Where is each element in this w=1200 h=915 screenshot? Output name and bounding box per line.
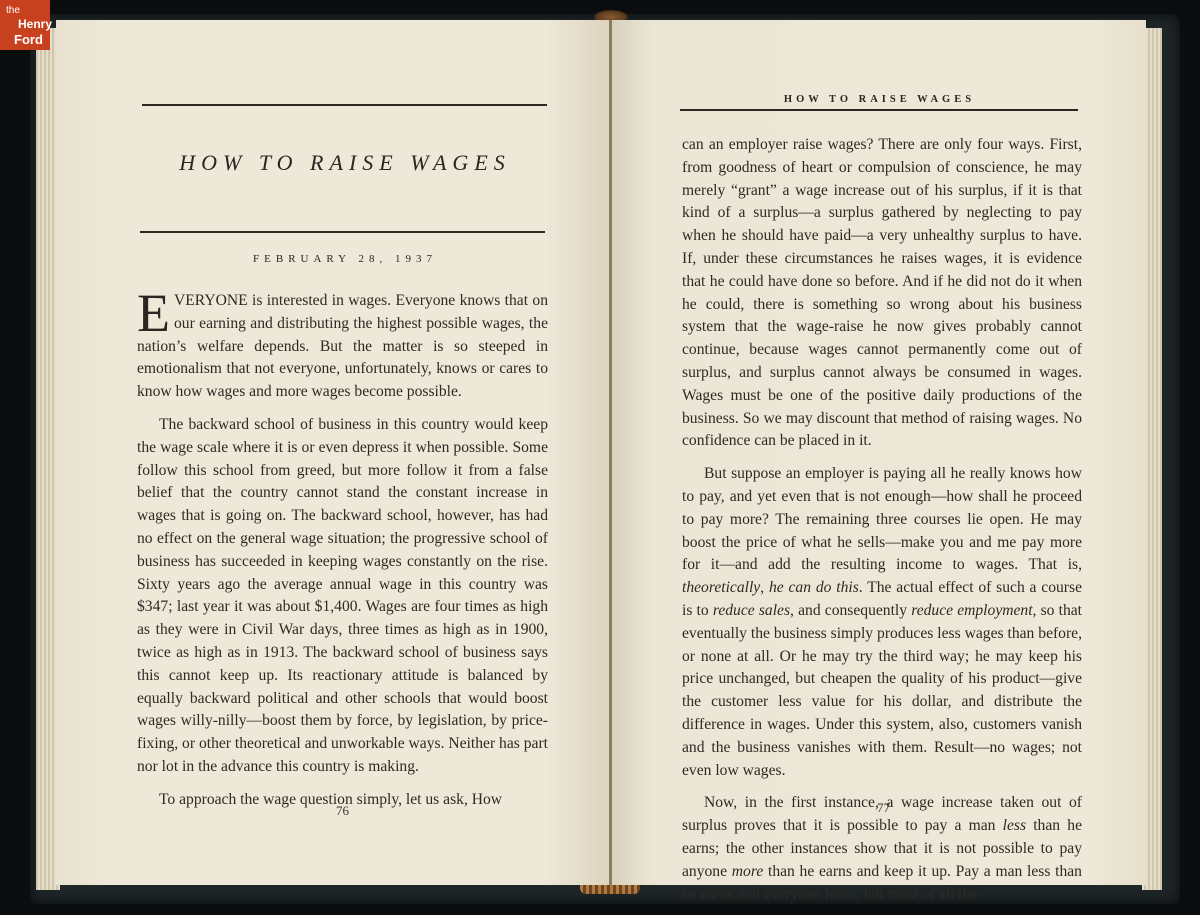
paragraph: can an employer raise wages? There are o… [682, 134, 1082, 453]
title-rule-top [142, 104, 547, 106]
page-number-right: 77 [877, 800, 890, 816]
left-page-body: EVERYONE is interested in wages. Everyon… [137, 290, 548, 822]
logo-ford: Ford [14, 33, 43, 46]
chapter-title: HOW TO RAISE WAGES [140, 150, 550, 176]
dateline: FEBRUARY 28, 1937 [140, 253, 550, 265]
paragraph: EVERYONE is interested in wages. Everyon… [137, 290, 548, 404]
paragraph: But suppose an employer is paying all he… [682, 463, 1082, 782]
running-head: HOW TO RAISE WAGES [682, 94, 1077, 105]
running-head-rule [680, 109, 1078, 111]
paragraph: The backward school of business in this … [137, 414, 548, 779]
drop-cap: E [137, 292, 170, 334]
logo-the: the [6, 6, 20, 16]
title-rule-bottom [140, 231, 545, 233]
right-page-body: can an employer raise wages? There are o… [682, 134, 1082, 915]
book-gutter [609, 20, 612, 885]
henry-ford-logo: the Henry Ford [0, 0, 50, 50]
logo-henry: Henry [18, 18, 52, 30]
page-number-left: 76 [336, 803, 349, 819]
